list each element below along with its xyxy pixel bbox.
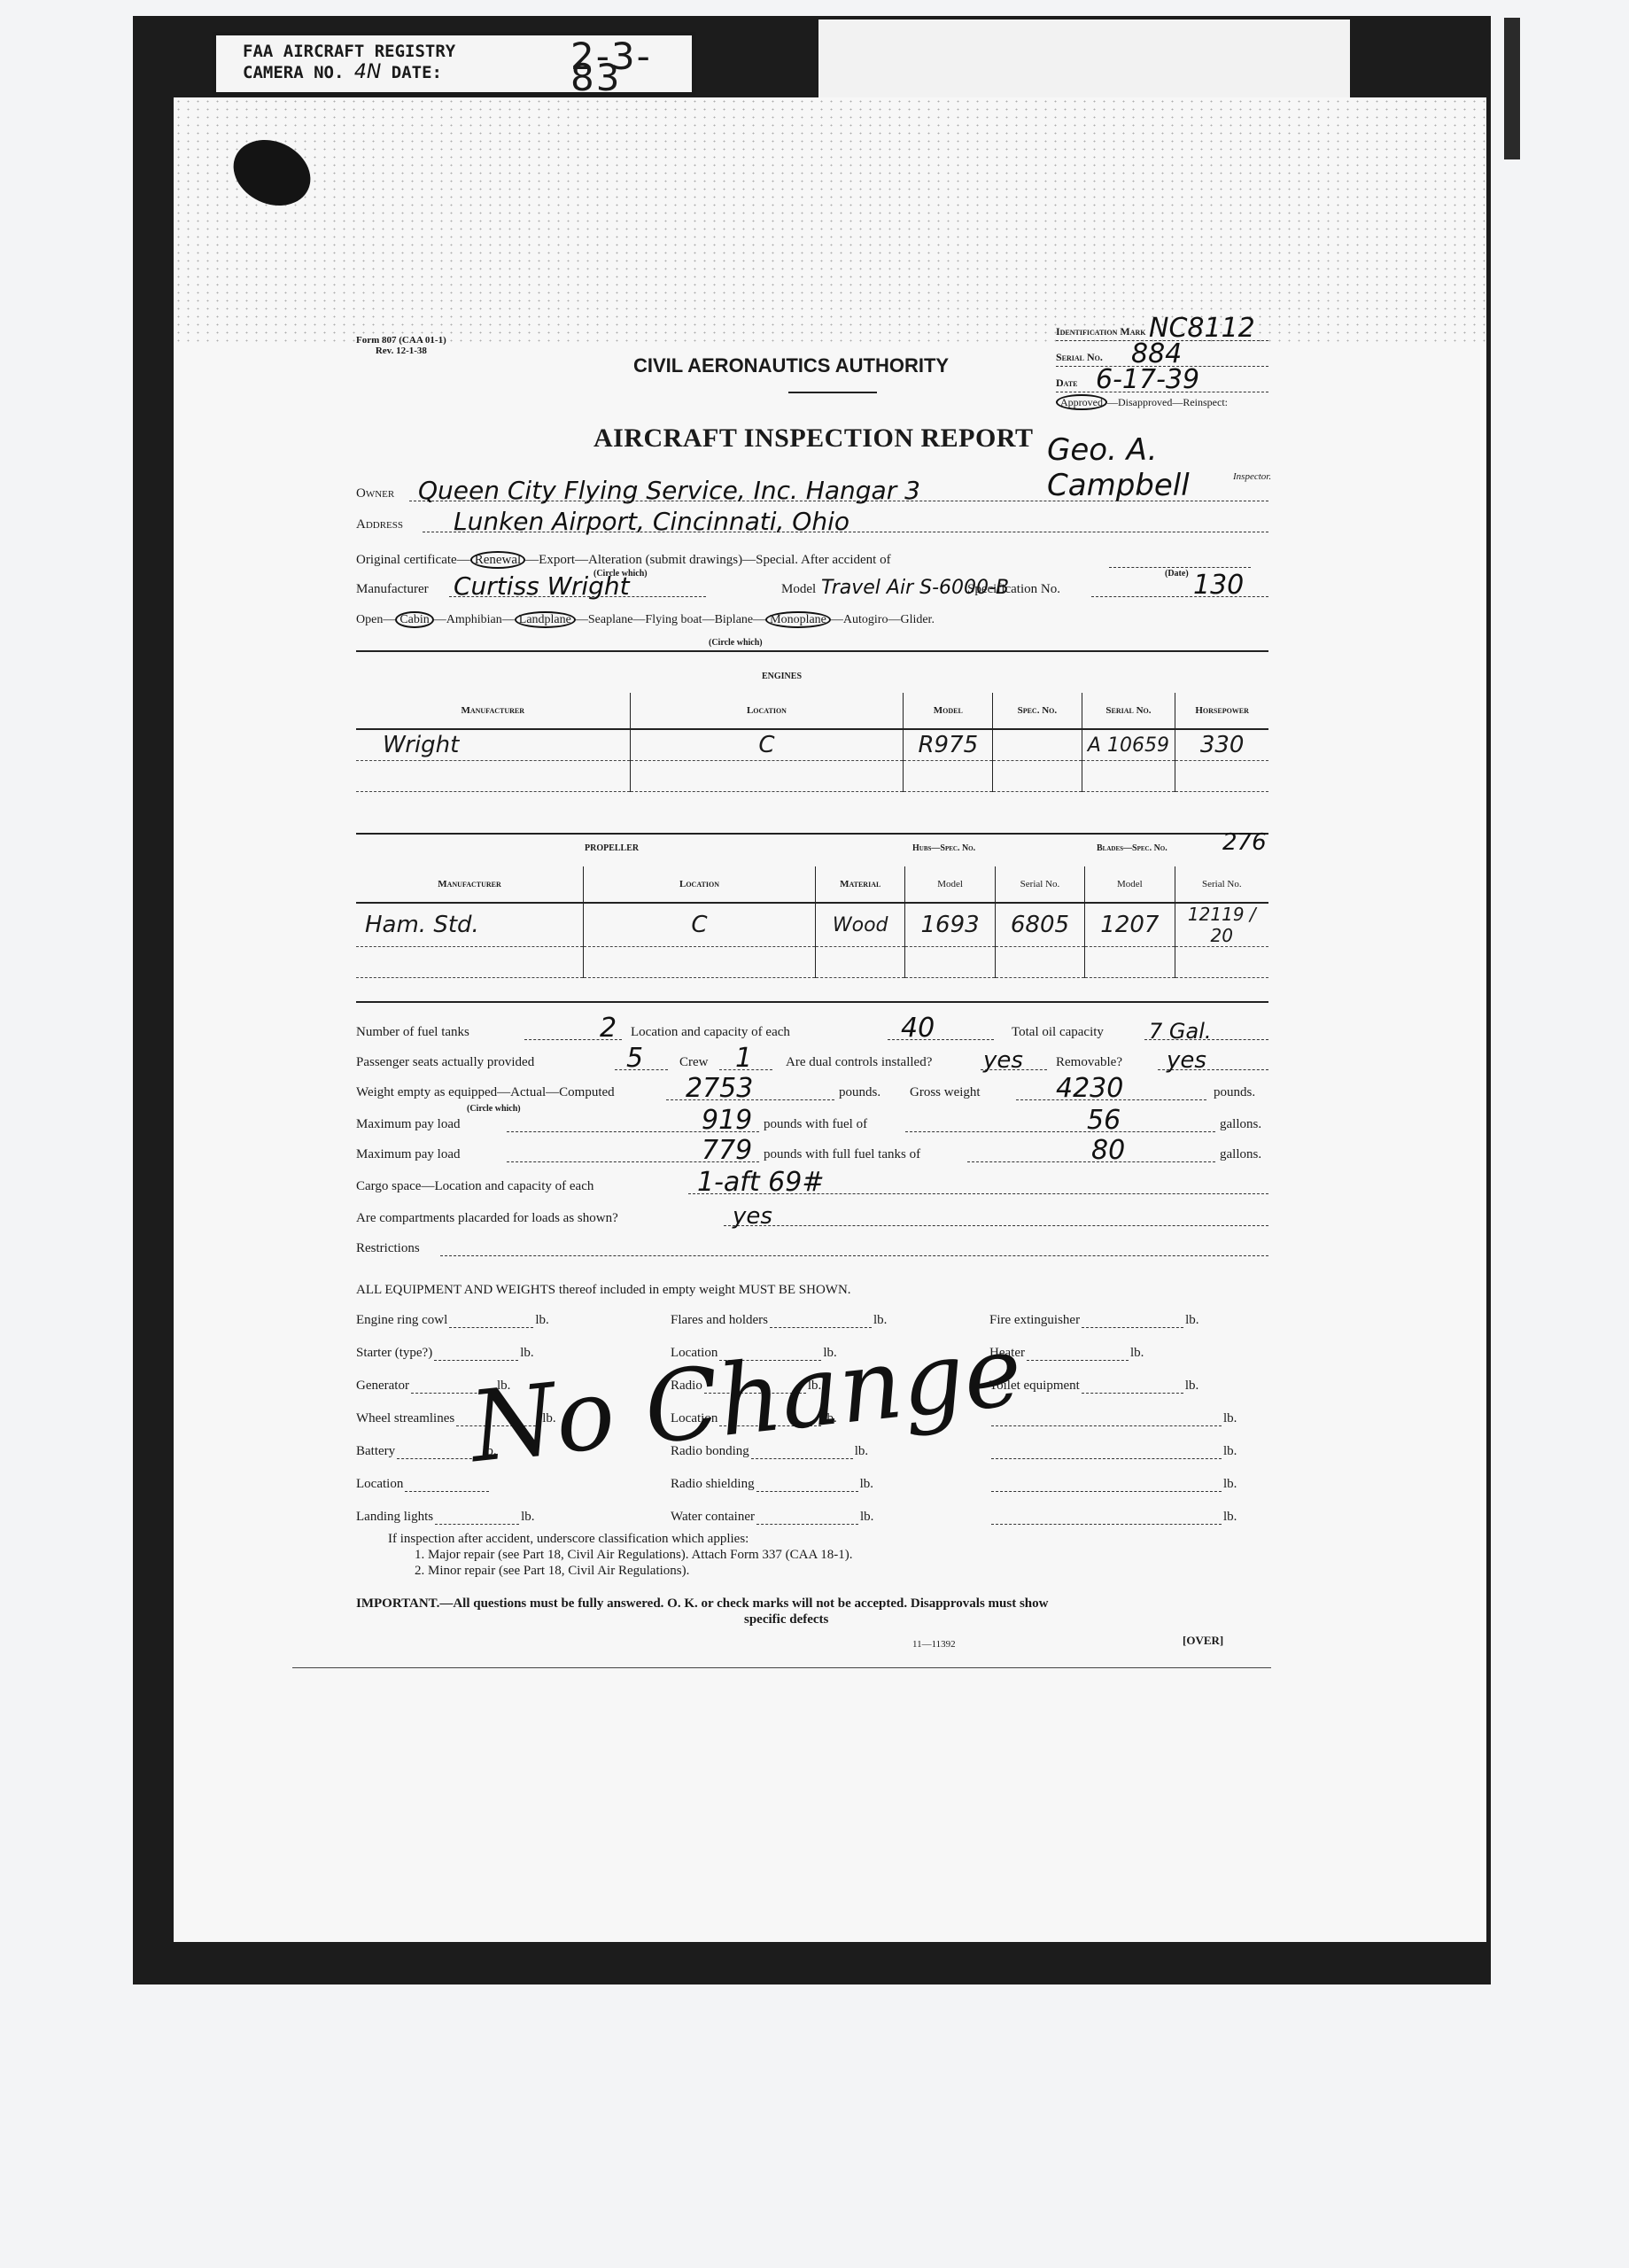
date-value: 6-17-39: [1096, 364, 1199, 395]
restrictions-line: [440, 1254, 1268, 1256]
col-blade-serial: Serial No.: [1175, 866, 1268, 903]
equipment-weight-field: [991, 1491, 1222, 1492]
table-row: Wright C R975 A 10659 330: [356, 729, 1268, 761]
engines-table: Manufacturer Location Model Spec. No. Se…: [356, 693, 1268, 792]
blade-model: 1207: [1085, 903, 1175, 947]
propeller-table: Manufacturer Location Material Model Ser…: [356, 866, 1268, 978]
unit-lb: lb.: [1223, 1477, 1237, 1491]
unit-lb: lb.: [1185, 1313, 1198, 1327]
equipment-weight-field: [434, 1360, 518, 1361]
equipment-label: Generator: [356, 1379, 409, 1393]
removable-label: Removable?: [1056, 1055, 1122, 1070]
blades-spec-value: 276: [1222, 829, 1267, 856]
camera-label: CAMERA NO.: [243, 63, 344, 82]
form-number: Form 807 (CAA 01-1) Rev. 12-1-38: [356, 335, 446, 356]
print-code: 11—11392: [912, 1639, 956, 1650]
equipment-item: lb.: [989, 1444, 1237, 1459]
certificate-row: Original certificate—Renewal—Export—Alte…: [356, 545, 1268, 571]
col-horsepower: Horsepower: [1175, 693, 1268, 729]
loc-capacity-label: Location and capacity of each: [631, 1025, 790, 1040]
equipment-weight-field: [449, 1327, 533, 1328]
equipment-label: Water container: [671, 1510, 755, 1524]
equipment-item: Engine ring cowllb.: [356, 1313, 549, 1328]
payload2-fuel-value: 80: [1091, 1135, 1125, 1166]
form-number-text: Form 807 (CAA 01-1): [356, 335, 446, 346]
hubs-spec-label: Hubs—Spec. No.: [912, 843, 975, 853]
equipment-item: Radio shieldinglb.: [671, 1477, 873, 1492]
engine-manufacturer: Wright: [356, 729, 630, 761]
form-bottom-rule: [292, 1667, 1271, 1668]
camera-number: 4N: [354, 61, 381, 83]
unit-lb: lb.: [860, 1477, 873, 1491]
col-manufacturer: Manufacturer: [356, 866, 583, 903]
equipment-item: Fire extinguisherlb.: [989, 1313, 1199, 1328]
important-note: IMPORTANT.—All questions must be fully a…: [356, 1596, 1048, 1612]
equipment-item: Landing lightslb.: [356, 1510, 535, 1525]
unit-lb: lb.: [1223, 1510, 1237, 1524]
equipment-item: lb.: [989, 1510, 1237, 1525]
body-seaplane: Seaplane: [588, 613, 633, 626]
body-monoplane: Monoplane: [765, 611, 831, 628]
prop-location: C: [583, 903, 815, 947]
unit-lb: lb.: [1185, 1379, 1198, 1393]
payload1-label: Maximum pay load: [356, 1117, 460, 1132]
unit-lb: lb.: [1223, 1444, 1237, 1458]
equipment-label: Landing lights: [356, 1510, 433, 1524]
accident-notes: If inspection after accident, underscore…: [363, 1531, 853, 1579]
crew-value: 1: [735, 1043, 752, 1074]
table-row: [356, 947, 1268, 978]
gross-label: Gross weight: [910, 1085, 981, 1100]
equipment-heading: ALL EQUIPMENT AND WEIGHTS thereof includ…: [356, 1283, 851, 1298]
col-blade-model: Model: [1085, 866, 1175, 903]
manufacturer-value: Curtiss Wright: [454, 571, 630, 601]
col-manufacturer: Manufacturer: [356, 693, 630, 729]
hub-serial: 6805: [995, 903, 1084, 947]
equipment-label: Battery: [356, 1444, 395, 1458]
unit-lb: lb.: [860, 1510, 873, 1524]
equipment-weight-field: [751, 1458, 853, 1459]
unit-lb: lb.: [520, 1346, 533, 1360]
engine-serial: A 10659: [1082, 729, 1175, 761]
inspection-form: Form 807 (CAA 01-1) Rev. 12-1-38 CIVIL A…: [292, 292, 1276, 1674]
propeller-header-row: Manufacturer Location Material Model Ser…: [356, 866, 1268, 903]
equipment-row: Landing lightslb.Water containerlb.lb.: [356, 1497, 1268, 1530]
weight-empty-value: 2753: [686, 1073, 753, 1104]
restrictions-label: Restrictions: [356, 1241, 420, 1256]
equipment-item: Location: [356, 1477, 491, 1492]
fuel-tanks-label: Number of fuel tanks: [356, 1025, 469, 1040]
date-row: Date 6-17-39: [1056, 370, 1268, 392]
col-material: Material: [816, 866, 905, 903]
form-revision: Rev. 12-1-38: [356, 346, 446, 356]
equipment-label: Location: [356, 1477, 403, 1491]
equipment-item: Starter (type?)lb.: [356, 1346, 534, 1361]
registry-stamp: FAA AIRCRAFT REGISTRY CAMERA NO. 4N DATE…: [213, 32, 695, 96]
placard-value: yes: [733, 1203, 772, 1230]
unit-lb: lb.: [873, 1313, 887, 1327]
fuel-tanks-value: 2: [600, 1013, 617, 1044]
spec-value: 130: [1193, 570, 1244, 601]
col-serial: Serial No.: [1082, 693, 1175, 729]
col-model: Model: [904, 693, 993, 729]
certificate-options: Original certificate—Renewal—Export—Alte…: [356, 553, 891, 568]
date-label: DATE:: [392, 63, 442, 82]
spec-label: Specification No.: [967, 582, 1060, 597]
oil-value: 7 Gal.: [1149, 1019, 1212, 1044]
propeller-bottom-rule: [356, 1001, 1268, 1003]
seats-label: Passenger seats actually provided: [356, 1055, 534, 1070]
propeller-heading: PROPELLER: [585, 843, 639, 853]
equipment-label: Wheel streamlines: [356, 1411, 454, 1425]
body-flying-boat: Flying boat: [645, 613, 702, 626]
prop-manufacturer: Ham. Std.: [356, 903, 583, 947]
payload2-value: 779: [702, 1135, 752, 1166]
status-disapproved: Disapproved: [1118, 396, 1172, 408]
unit-lb: lb.: [1130, 1346, 1144, 1360]
unit-lb: lb.: [855, 1444, 868, 1458]
equipment-label: Starter (type?): [356, 1346, 432, 1360]
accident-intro: If inspection after accident, underscore…: [363, 1531, 853, 1547]
payload1-value: 919: [702, 1105, 752, 1136]
equipment-weight-field: [1082, 1327, 1183, 1328]
date-label: Date: [1056, 377, 1078, 390]
prop-material: Wood: [816, 903, 905, 947]
crew-label: Crew: [679, 1055, 709, 1070]
equipment-weight-field: [397, 1458, 481, 1459]
unit-lb: lb.: [535, 1313, 548, 1327]
payload2-fuel-label: pounds with full fuel tanks of: [764, 1147, 920, 1162]
model-label: Model: [781, 582, 816, 597]
engines-heading: ENGINES: [762, 672, 802, 681]
placard-row: Are compartments placarded for loads as …: [356, 1203, 1268, 1230]
equipment-item: Water containerlb.: [671, 1510, 873, 1525]
equipment-weight-field: [991, 1458, 1222, 1459]
col-spec: Spec. No.: [993, 693, 1082, 729]
body-biplane: Biplane: [715, 613, 754, 626]
page-title: AIRCRAFT INSPECTION REPORT: [593, 423, 1033, 454]
loc-capacity-value: 40: [901, 1013, 935, 1044]
equipment-weight-field: [756, 1524, 858, 1525]
oil-label: Total oil capacity: [1012, 1025, 1104, 1040]
col-hub-model: Model: [905, 866, 995, 903]
engine-spec: [993, 729, 1082, 761]
cargo-value: 1-aft 69#: [697, 1167, 824, 1198]
body-open: Open: [356, 613, 383, 626]
body-type-options: Open—Cabin—Amphibian—Landplane—Seaplane—…: [356, 613, 935, 627]
col-location: Location: [583, 866, 815, 903]
id-mark-label: Identification Mark: [1056, 325, 1146, 338]
equipment-weight-field: [1082, 1393, 1183, 1394]
scan-frame-gap: [818, 19, 1350, 99]
gallons-label: gallons.: [1220, 1117, 1261, 1132]
accident-date-line: [1109, 566, 1251, 568]
accident-item-minor: 2. Minor repair (see Part 18, Civil Air …: [363, 1563, 853, 1579]
payload1-fuel-line: [905, 1130, 1215, 1132]
table-row: [356, 761, 1268, 792]
body-type-row: Open—Cabin—Amphibian—Landplane—Seaplane—…: [356, 604, 1268, 631]
cargo-label: Cargo space—Location and capacity of eac…: [356, 1179, 593, 1194]
engines-bottom-rule: [356, 833, 1268, 835]
dual-label: Are dual controls installed?: [786, 1055, 932, 1070]
body-autogiro: Autogiro: [843, 613, 888, 626]
over-label: [OVER]: [1183, 1634, 1223, 1648]
seats-row: Passenger seats actually provided 5 Crew…: [356, 1047, 1268, 1074]
agency-rule: [788, 392, 877, 393]
address-label: Address: [356, 517, 403, 532]
equipment-item: Flares and holderslb.: [671, 1313, 887, 1328]
cargo-row: Cargo space—Location and capacity of eac…: [356, 1171, 1268, 1198]
address-value: Lunken Airport, Cincinnati, Ohio: [454, 507, 849, 536]
equipment-weight-field: [1027, 1360, 1129, 1361]
cert-special: Special. After accident of: [756, 553, 890, 567]
circle-which-note-2: (Circle which): [709, 638, 763, 648]
payload1-row: Maximum pay load 919 pounds with fuel of…: [356, 1109, 1268, 1136]
payload1-fuel-label: pounds with fuel of: [764, 1117, 867, 1132]
accident-item-major: 1. Major repair (see Part 18, Civil Air …: [363, 1547, 853, 1563]
seats-value: 5: [626, 1043, 643, 1074]
equipment-label: Flares and holders: [671, 1313, 768, 1327]
blade-serial: 12119 / 20: [1175, 903, 1268, 947]
equipment-weight-field: [435, 1524, 519, 1525]
approval-status: Approved—Disapproved—Reinspect:: [1056, 396, 1268, 409]
owner-row: Owner Queen City Flying Service, Inc. Ha…: [356, 478, 1268, 505]
gross-value: 4230: [1056, 1073, 1123, 1104]
status-approved: Approved: [1056, 394, 1107, 410]
equipment-item: lb.: [989, 1477, 1237, 1492]
body-glider: Glider.: [900, 613, 935, 626]
body-cabin: Cabin: [395, 611, 433, 628]
gallons-label-2: gallons.: [1220, 1147, 1261, 1162]
cert-renewal: Renewal: [470, 551, 525, 569]
pounds-label: pounds.: [839, 1085, 880, 1100]
owner-label: Owner: [356, 486, 394, 501]
owner-value: Queen City Flying Service, Inc. Hangar 3: [418, 476, 920, 505]
address-row: Address Lunken Airport, Cincinnati, Ohio: [356, 509, 1268, 536]
manufacturer-row: Manufacturer Curtiss Wright Model Travel…: [356, 574, 1268, 601]
stamp-date: 2-3-83: [570, 46, 692, 89]
body-amphibian: Amphibian: [446, 613, 502, 626]
scan-edge-strip: [1504, 18, 1520, 159]
table-row: Ham. Std. C Wood 1693 6805 1207 12119 / …: [356, 903, 1268, 947]
important-note-cont: specific defects: [744, 1612, 828, 1627]
hub-model: 1693: [905, 903, 995, 947]
engine-location: C: [630, 729, 904, 761]
engines-header-row: Manufacturer Location Model Spec. No. Se…: [356, 693, 1268, 729]
fuel-row: Number of fuel tanks 2 Location and capa…: [356, 1017, 1268, 1044]
equipment-label: Engine ring cowl: [356, 1313, 447, 1327]
engines-top-rule: [356, 650, 1268, 652]
serial-label: Serial No.: [1056, 351, 1103, 364]
equipment-row: Engine ring cowllb.Flares and holderslb.…: [356, 1301, 1268, 1333]
status-reinspect: Reinspect:: [1183, 396, 1228, 408]
unit-lb: lb.: [1223, 1411, 1237, 1425]
dual-value: yes: [983, 1047, 1023, 1074]
identification-block: Identification Mark NC8112 Serial No. 88…: [1056, 319, 1268, 409]
weight-empty-label: Weight empty as equipped—Actual—Computed: [356, 1085, 615, 1100]
weight-row: Weight empty as equipped—Actual—Computed…: [356, 1077, 1268, 1104]
payload1-fuel-value: 56: [1087, 1105, 1121, 1136]
cert-alteration: Alteration (submit drawings): [588, 553, 742, 567]
unit-lb: lb.: [521, 1510, 534, 1524]
equipment-weight-field: [405, 1491, 489, 1492]
placard-label: Are compartments placarded for loads as …: [356, 1211, 618, 1226]
manufacturer-label: Manufacturer: [356, 582, 429, 597]
blades-spec-label: Blades—Spec. No.: [1097, 843, 1167, 853]
equipment-weight-field: [756, 1491, 858, 1492]
body-landplane: Landplane: [515, 611, 576, 628]
agency-name: CIVIL AERONAUTICS AUTHORITY: [633, 354, 949, 377]
restrictions-row: Restrictions: [356, 1233, 1268, 1260]
equipment-weight-field: [770, 1327, 872, 1328]
col-hub-serial: Serial No.: [995, 866, 1084, 903]
gross-pounds: pounds.: [1214, 1085, 1255, 1100]
cert-export: Export: [539, 553, 575, 567]
placard-line: [724, 1224, 1268, 1226]
engine-model: R975: [904, 729, 993, 761]
equipment-weight-field: [991, 1524, 1222, 1525]
removable-value: yes: [1167, 1047, 1206, 1074]
engine-horsepower: 330: [1175, 729, 1268, 761]
col-location: Location: [630, 693, 904, 729]
payload2-label: Maximum pay load: [356, 1147, 460, 1162]
payload2-row: Maximum pay load 779 pounds with full fu…: [356, 1139, 1268, 1166]
equipment-label: Radio shielding: [671, 1477, 755, 1491]
cert-original: Original certificate: [356, 553, 457, 567]
